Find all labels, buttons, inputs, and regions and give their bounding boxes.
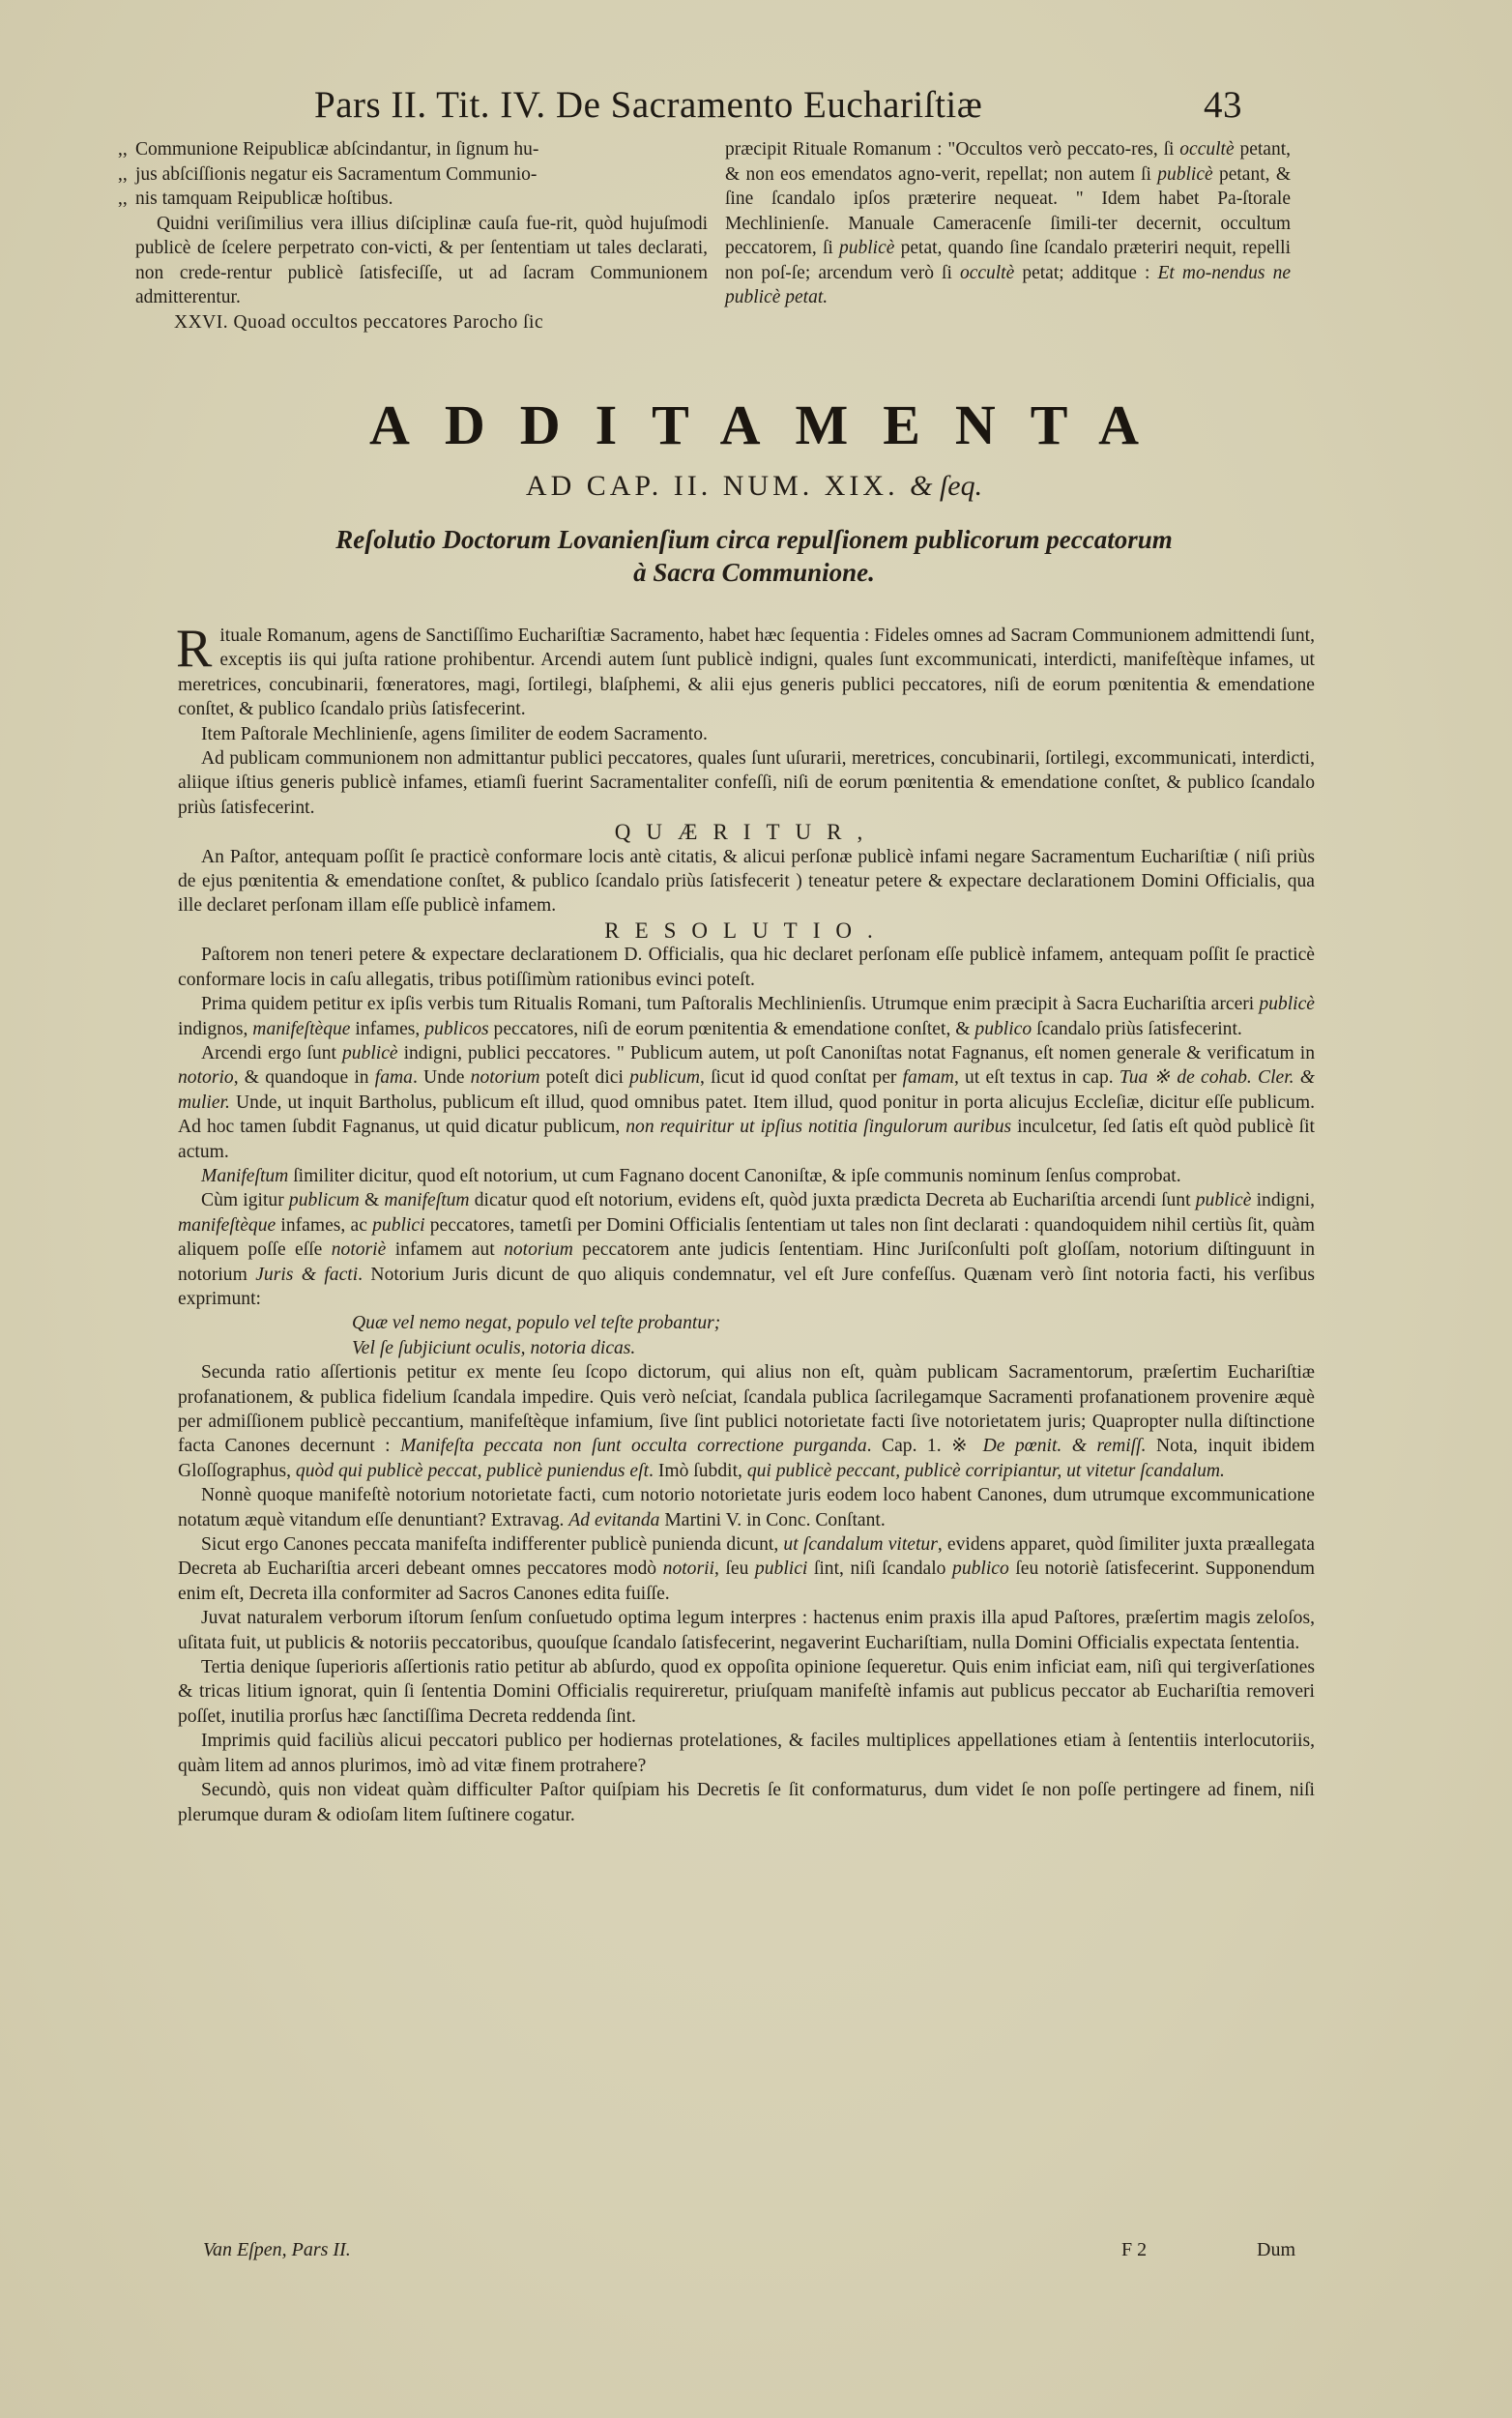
paragraph-ad-publicam: Ad publicam communionem non admittantur … — [178, 746, 1315, 820]
paragraph-manifestum: Manifeſtum ſimiliter dicitur, quod eſt n… — [178, 1164, 1315, 1188]
left-line: jus abſciſſionis negatur eis Sacramentum… — [135, 164, 537, 185]
right-paragraph: præcipit Rituale Romanum : "Occultos ver… — [725, 137, 1291, 310]
page-footer: Van Eſpen, Pars II. F 2 Dum — [203, 2239, 1295, 2261]
body-text: Rituale Romanum, agens de Sanctiſſimo Eu… — [178, 624, 1315, 1827]
paragraph-secunda: Secunda ratio aſſertionis petitur ex men… — [178, 1360, 1315, 1483]
verse-line: Vel ſe ſubjiciunt oculis, notoria dicas. — [178, 1336, 1315, 1360]
quote-mark: ,, — [118, 187, 135, 212]
paragraph-imprimis: Imprimis quid faciliùs alicui peccatori … — [178, 1729, 1315, 1778]
running-title: Pars II. Tit. IV. De Sacramento Euchariſ… — [314, 84, 982, 126]
left-paragraph: Quidni veriſimilius vera illius diſcipli… — [135, 212, 708, 310]
heading-resolutio: RESOLUTIO. — [178, 918, 1315, 943]
paragraph-nonne: Nonnè quoque manifeſtè notorium notoriet… — [178, 1483, 1315, 1532]
quote-mark: ,, — [118, 137, 135, 162]
paragraph-cum-igitur: Cùm igitur publicum & manifeſtum dicatur… — [178, 1188, 1315, 1311]
right-column: præcipit Rituale Romanum : "Occultos ver… — [725, 137, 1291, 310]
book-page: Pars II. Tit. IV. De Sacramento Euchariſ… — [0, 0, 1512, 2418]
paragraph-sicut: Sicut ergo Canones peccata manifeſta ind… — [178, 1532, 1315, 1606]
verse-line: Quæ vel nemo negat, populo vel teſte pro… — [178, 1311, 1315, 1335]
left-line: nis tamquam Reipublicæ hoſtibus. — [135, 189, 393, 209]
quote-mark: ,, — [118, 162, 135, 188]
running-header: Pars II. Tit. IV. De Sacramento Euchariſ… — [314, 83, 1242, 127]
page-number: 43 — [1204, 83, 1242, 127]
subtitle: AD CAP. II. NUM. XIX. & ſeq. — [174, 467, 1334, 506]
resolution-title: Reſolutio Doctorum Lovanienſium circa re… — [174, 523, 1334, 589]
paragraph-prima: Prima quidem petitur ex ipſis verbis tum… — [178, 992, 1315, 1041]
signature-mark: F 2 — [1121, 2239, 1147, 2261]
paragraph-pastorale: Item Paſtorale Mechlinienſe, agens ſimil… — [178, 722, 1315, 746]
paragraph-arcendi: Arcendi ergo ſunt publicè indigni, publi… — [178, 1041, 1315, 1164]
left-line: Communione Reipublicæ abſcindantur, in ſ… — [135, 139, 538, 160]
paragraph-rituale: Rituale Romanum, agens de Sanctiſſimo Eu… — [178, 624, 1315, 722]
paragraph-resolution: Paſtorem non teneri petere & expectare d… — [178, 943, 1315, 992]
heading-quaeritur: QUÆRITUR, — [178, 820, 1315, 844]
left-column: ,,Communione Reipublicæ abſcindantur, in… — [135, 137, 708, 335]
drop-cap: R — [176, 626, 212, 672]
author-line: Van Eſpen, Pars II. — [203, 2239, 351, 2260]
section-title-block: ADDITAMENTA AD CAP. II. NUM. XIX. & ſeq.… — [174, 392, 1334, 589]
catchword: Dum — [1257, 2239, 1295, 2261]
main-title: ADDITAMENTA — [174, 392, 1334, 459]
section-xxvi: XXVI. Quoad occultos peccatores Parocho … — [135, 310, 708, 335]
paragraph-tertia: Tertia denique ſuperioris aſſertionis ra… — [178, 1655, 1315, 1729]
paragraph-juvat: Juvat naturalem verborum iſtorum ſenſum … — [178, 1606, 1315, 1655]
paragraph-secundo: Secundò, quis non videat quàm difficulte… — [178, 1778, 1315, 1827]
paragraph-question: An Paſtor, antequam poſſit ſe practicè c… — [178, 845, 1315, 918]
